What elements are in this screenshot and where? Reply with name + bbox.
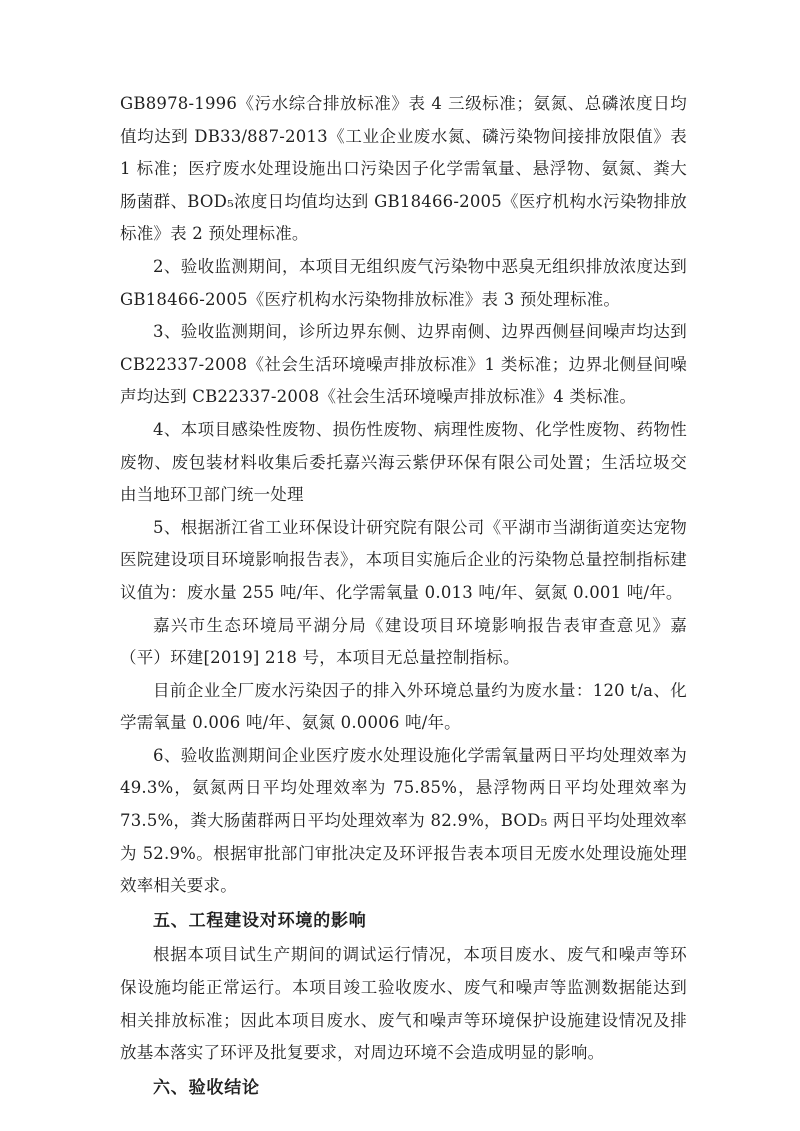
paragraph-item-4-solid-waste: 4、本项目感染性废物、损伤性废物、病理性废物、化学性废物、药物性废物、废包装材料… — [120, 414, 687, 512]
paragraph-item-5-total-control: 5、根据浙江省工业环保设计研究院有限公司《平湖市当湖街道奕达宠物医院建设项目环境… — [120, 512, 687, 610]
paragraph-approval-opinion: 嘉兴市生态环境局平湖分局《建设项目环境影响报告表审查意见》嘉（平）环建[2019… — [120, 610, 687, 675]
paragraph-item-6-efficiency: 6、验收监测期间企业医疗废水处理设施化学需氧量两日平均处理效率为 49.3%，氨… — [120, 740, 687, 903]
paragraph-item-3-noise: 3、验收监测期间，诊所边界东侧、边界南侧、边界西侧昼间噪声均达到 CB22337… — [120, 316, 687, 414]
paragraph-current-discharge: 目前企业全厂废水污染因子的排入外环境总量约为废水量：120 t/a、化学需氧量 … — [120, 675, 687, 740]
paragraph-standards-continuation: GB8978-1996《污水综合排放标准》表 4 三级标准；氨氮、总磷浓度日均值… — [120, 88, 687, 251]
paragraph-item-2-odor: 2、验收监测期间，本项目无组织废气污染物中恶臭无组织排放浓度达到 GB18466… — [120, 251, 687, 316]
document-page: GB8978-1996《污水综合排放标准》表 4 三级标准；氨氮、总磷浓度日均值… — [0, 0, 800, 1131]
document-body: GB8978-1996《污水综合排放标准》表 4 三级标准；氨氮、总磷浓度日均值… — [120, 88, 687, 1106]
paragraph-impact-conclusion: 根据本项目试生产期间的调试运行情况，本项目废水、废气和噪声等环保设施均能正常运行… — [120, 939, 687, 1069]
section-heading-5-environment-impact: 五、工程建设对环境的影响 — [120, 905, 687, 938]
section-heading-6-acceptance-conclusion: 六、验收结论 — [120, 1072, 687, 1105]
